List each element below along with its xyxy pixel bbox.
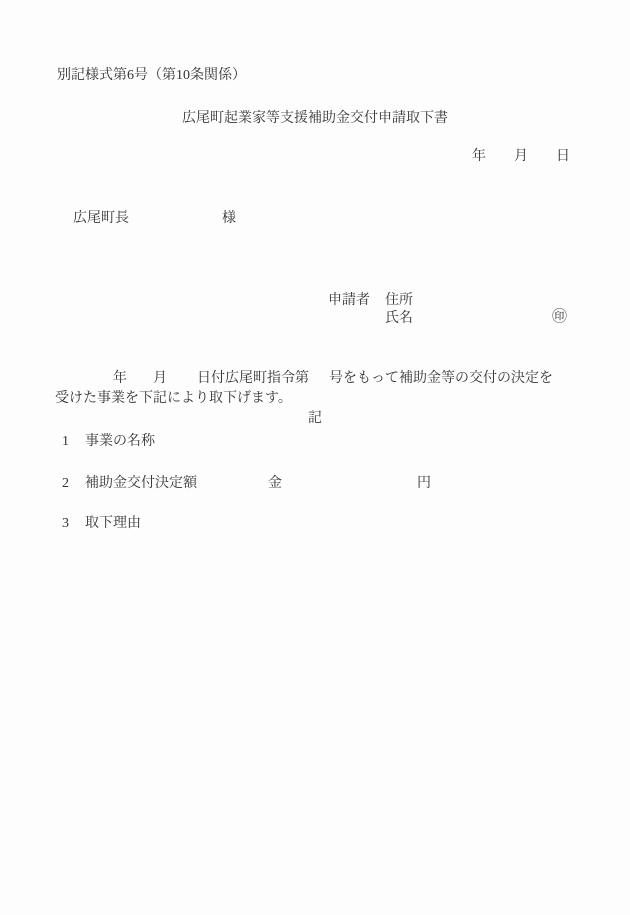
date-year-label: 年 <box>472 149 486 164</box>
applicant-name-label: 氏名 <box>385 311 413 326</box>
item-2-amount-unit: 円 <box>417 476 431 491</box>
body-rest-text: 号をもって補助金等の交付の決定を <box>329 371 553 386</box>
body-directive-text: 日付広尾町指令第 <box>197 371 309 386</box>
document-page: 別記様式第6号（第10条関係） 広尾町起業家等支援補助金交付申請取下書 年 月 … <box>0 0 630 915</box>
addressee-honorific: 様 <box>222 211 236 226</box>
date-month-label: 月 <box>514 149 528 164</box>
form-number: 別記様式第6号（第10条関係） <box>57 68 246 83</box>
applicant-address-line: 申請者 住所 <box>0 293 630 308</box>
document-title: 広尾町起業家等支援補助金交付申請取下書 <box>0 111 630 126</box>
addressee-line: 広尾町長 様 <box>0 211 630 226</box>
item-row-2: 2 補助金交付決定額 金 円 <box>0 476 630 491</box>
applicant-name-line: 氏名 ㊞ <box>0 311 630 327</box>
body-month-label: 月 <box>153 371 167 386</box>
item-2-number: 2 <box>62 476 69 491</box>
item-2-amount-prefix: 金 <box>268 476 282 491</box>
seal-mark-icon: ㊞ <box>552 310 567 325</box>
ki-heading: 記 <box>0 411 630 426</box>
date-day-label: 日 <box>556 149 570 164</box>
item-2-label: 補助金交付決定額 <box>85 476 197 491</box>
item-row-3: 3 取下理由 <box>0 516 630 531</box>
item-1-label: 事業の名称 <box>85 434 155 449</box>
item-3-number: 3 <box>62 516 69 531</box>
date-line: 年 月 日 <box>0 149 630 164</box>
applicant-label: 申請者 <box>328 293 370 308</box>
addressee-name: 広尾町長 <box>73 211 129 226</box>
body-paragraph-line2: 受けた事業を下記により取下げます。 <box>55 391 292 406</box>
applicant-address-label: 住所 <box>385 293 413 308</box>
item-row-1: 1 事業の名称 <box>0 434 630 449</box>
body-paragraph-line1: 年 月 日付広尾町指令第 号をもって補助金等の交付の決定を <box>0 371 630 386</box>
body-year-label: 年 <box>113 371 127 386</box>
item-3-label: 取下理由 <box>85 516 141 531</box>
item-1-number: 1 <box>62 434 69 449</box>
